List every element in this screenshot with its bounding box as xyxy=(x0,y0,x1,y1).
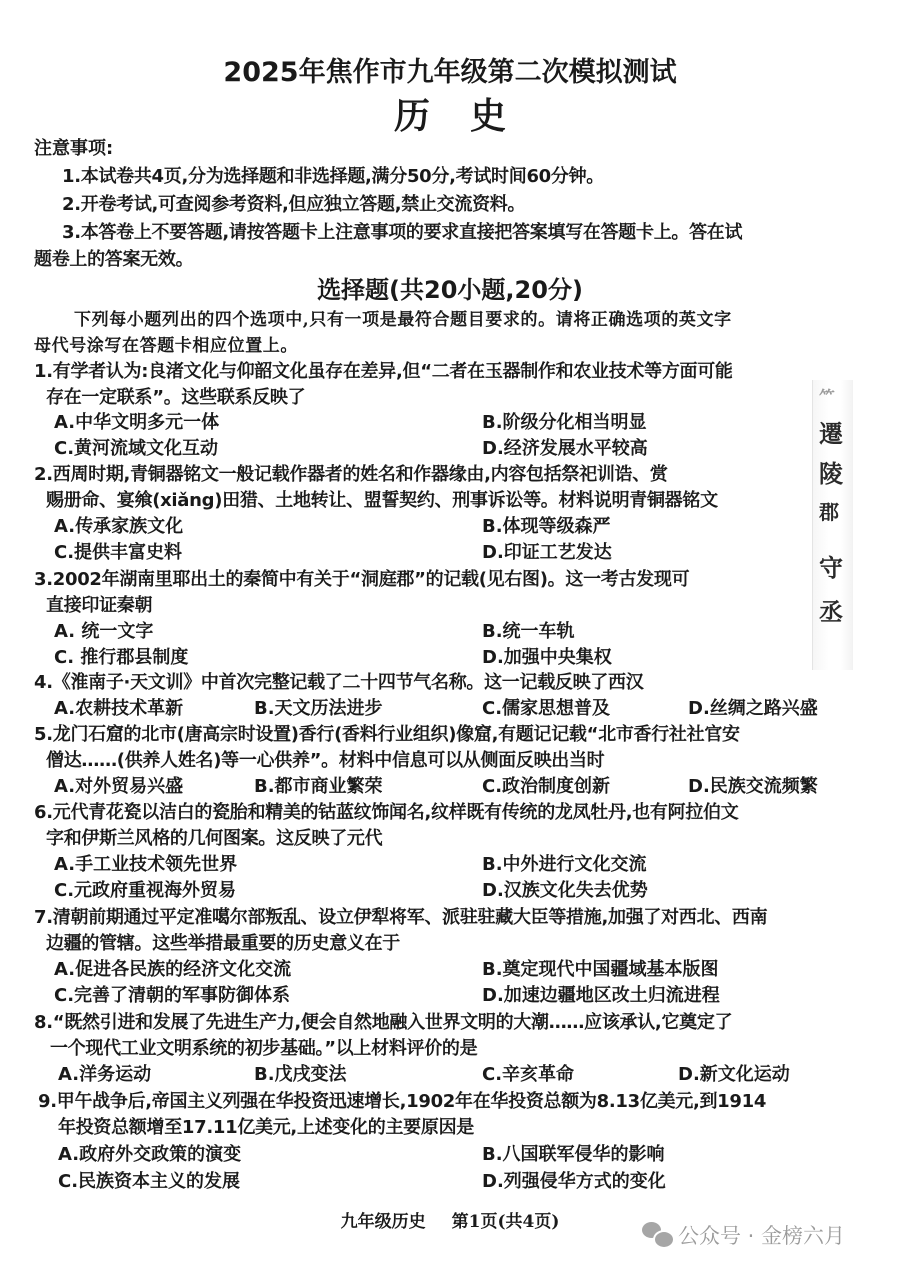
option-c: C. 推行郡县制度 xyxy=(54,643,188,669)
option-a: A.农耕技术革新 xyxy=(54,694,183,720)
question-stem: 1.有学者认为:良渚文化与仰韶文化虽存在差异,但“二者在玉器制作和农业技术等方面… xyxy=(34,357,733,383)
question-stem: 字和伊斯兰风格的几何图案。这反映了元代 xyxy=(46,824,382,850)
option-b: B.天文历法进步 xyxy=(254,694,383,720)
question-stem: 9.甲午战争后,帝国主义列强在华投资迅速增长,1902年在华投资总额为8.13亿… xyxy=(38,1087,766,1113)
option-a: A.促进各民族的经济文化交流 xyxy=(54,955,291,981)
option-d: D.丝绸之路兴盛 xyxy=(688,694,818,720)
slip-glyph: ⺮ xyxy=(819,384,835,407)
option-c: C.民族资本主义的发展 xyxy=(58,1167,240,1193)
question-stem: 直接印证秦朝 xyxy=(46,591,152,617)
section-instruction: 母代号涂写在答题卡相应位置上。 xyxy=(34,331,298,356)
wechat-icon xyxy=(642,1222,672,1248)
option-b: B.戊戌变法 xyxy=(254,1060,347,1086)
option-c: C.提供丰富史料 xyxy=(54,538,182,564)
question-stem: 年投资总额增至17.11亿美元,上述变化的主要原因是 xyxy=(58,1113,474,1139)
notice-item: 2.开卷考试,可查阅参考资料,但应独立答题,禁止交流资料。 xyxy=(62,190,525,216)
option-d: D.经济发展水平较高 xyxy=(482,434,648,460)
option-b: B.中外进行文化交流 xyxy=(482,850,647,876)
question-stem: 赐册命、宴飨(xiǎng)田猎、土地转让、盟誓契约、刑事诉讼等。材料说明青铜器铭… xyxy=(46,486,718,512)
exam-subject: 历史 xyxy=(0,88,900,139)
slip-glyph: 遷 xyxy=(819,414,843,449)
slip-glyph: 守 xyxy=(819,548,843,583)
option-a: A.传承家族文化 xyxy=(54,512,183,538)
option-d: D.新文化运动 xyxy=(678,1060,790,1086)
option-c: C.元政府重视海外贸易 xyxy=(54,876,236,902)
question-stem: 存在一定联系”。这些联系反映了 xyxy=(46,383,305,409)
question-stem: 一个现代工业文明系统的初步基础。”以上材料评价的是 xyxy=(50,1034,477,1060)
question-stem: 7.清朝前期通过平定准噶尔部叛乱、设立伊犁将军、派驻驻藏大臣等措施,加强了对西北… xyxy=(34,903,767,929)
option-a: A.政府外交政策的演变 xyxy=(58,1140,241,1166)
option-c: C.黄河流域文化互动 xyxy=(54,434,218,460)
watermark-text: 公众号 · 金榜六月 xyxy=(678,1220,845,1250)
qin-bamboo-slip-figure: ⺮ 遷 陵 郡 守 丞 xyxy=(812,380,853,670)
notice-item: 3.本答卷上不要答题,请按答题卡上注意事项的要求直接把答案填写在答题卡上。答在试 xyxy=(62,218,742,244)
option-d: D.加强中央集权 xyxy=(482,643,612,669)
question-stem: 8.“既然引进和发展了先进生产力,便会自然地融入世界文明的大潮……应该承认,它奠… xyxy=(34,1008,732,1034)
exam-title: 2025年焦作市九年级第二次模拟测试 xyxy=(0,50,900,89)
option-b: B.阶级分化相当明显 xyxy=(482,408,647,434)
question-stem: 5.龙门石窟的北市(唐高宗时设置)香行(香料行业组织)像窟,有题记记载“北市香行… xyxy=(34,720,740,746)
option-d: D.印证工艺发达 xyxy=(482,538,612,564)
notice-heading: 注意事项: xyxy=(34,134,113,160)
notice-item: 1.本试卷共4页,分为选择题和非选择题,满分50分,考试时间60分钟。 xyxy=(62,162,604,188)
notice-item: 题卷上的答案无效。 xyxy=(34,245,193,271)
option-a: A. 统一文字 xyxy=(54,617,153,643)
question-stem: 6.元代青花瓷以洁白的瓷胎和精美的钴蓝纹饰闻名,纹样既有传统的龙凤牡丹,也有阿拉… xyxy=(34,798,738,824)
wechat-watermark: 公众号 · 金榜六月 xyxy=(642,1220,845,1250)
option-c: C.儒家思想普及 xyxy=(482,694,610,720)
option-c: C.完善了清朝的军事防御体系 xyxy=(54,981,290,1007)
option-b: B.体现等级森严 xyxy=(482,512,611,538)
slip-glyph: 陵 xyxy=(819,454,843,489)
option-c: C.政治制度创新 xyxy=(482,772,610,798)
option-b: B.统一车轨 xyxy=(482,617,575,643)
section-instruction: 下列每小题列出的四个选项中,只有一项是最符合题目要求的。请将正确选项的英文字 xyxy=(74,305,732,330)
question-stem: 4.《淮南子·天文训》中首次完整记载了二十四节气名称。这一记载反映了西汉 xyxy=(34,668,643,694)
question-stem: 僧达……(供养人姓名)等一心供养”。材料中信息可以从侧面反映出当时 xyxy=(46,746,604,772)
option-c: C.辛亥革命 xyxy=(482,1060,574,1086)
section-heading: 选择题(共20小题,20分) xyxy=(0,270,900,305)
option-d: D.列强侵华方式的变化 xyxy=(482,1167,666,1193)
option-a: A.中华文明多元一体 xyxy=(54,408,219,434)
option-b: B.八国联军侵华的影响 xyxy=(482,1140,665,1166)
option-a: A.对外贸易兴盛 xyxy=(54,772,183,798)
footer-grade-subject: 九年级历史 xyxy=(341,1212,426,1232)
option-d: D.汉族文化失去优势 xyxy=(482,876,648,902)
slip-glyph: 郡 xyxy=(819,496,839,525)
option-a: A.手工业技术领先世界 xyxy=(54,850,237,876)
question-stem: 边疆的管辖。这些举措最重要的历史意义在于 xyxy=(46,929,400,955)
question-stem: 3.2002年湖南里耶出土的秦简中有关于“洞庭郡”的记载(见右图)。这一考古发现… xyxy=(34,565,689,591)
option-b: B.都市商业繁荣 xyxy=(254,772,383,798)
option-b: B.奠定现代中国疆域基本版图 xyxy=(482,955,719,981)
option-a: A.洋务运动 xyxy=(58,1060,151,1086)
footer-page-number: 第1页(共4页) xyxy=(452,1212,560,1232)
slip-glyph: 丞 xyxy=(819,592,843,627)
option-d: D.民族交流频繁 xyxy=(688,772,818,798)
option-d: D.加速边疆地区改土归流进程 xyxy=(482,981,720,1007)
question-stem: 2.西周时期,青铜器铭文一般记载作器者的姓名和作器缘由,内容包括祭祀训诰、赏 xyxy=(34,460,668,486)
